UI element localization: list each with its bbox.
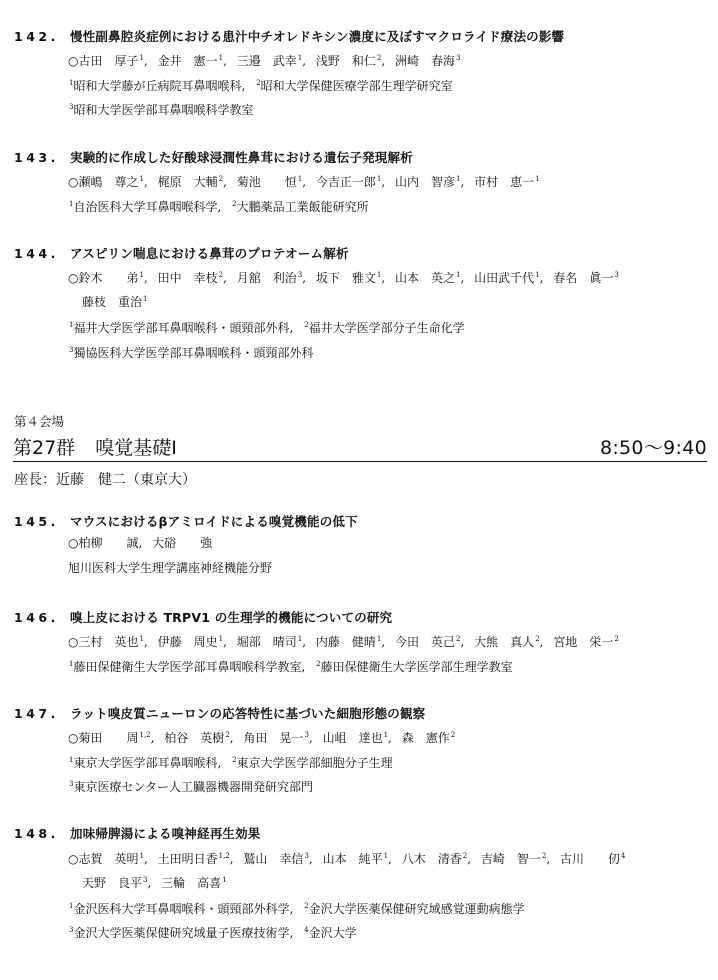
affiliation: 2昭和大学保健医療学部生理学研究室 [255, 79, 452, 93]
author: 三輪 高喜1 [161, 876, 226, 890]
session-chair: 座長：近藤 健二（東京大） [14, 469, 196, 489]
affiliation: 2大鵬薬品工業飯能研究所 [231, 200, 368, 214]
author: ○志賀 英明1 [68, 852, 144, 866]
abstract-title-row: 142. 慢性副鼻腔炎症例における患汁中チオレドキシン濃度に及ぼすマクロライド療… [14, 27, 564, 47]
author: 月舘 利治3 [237, 271, 302, 285]
affiliation-line: 1昭和大学藤が丘病院耳鼻咽喉科, 2昭和大学保健医療学部生理学研究室 [68, 73, 453, 93]
affiliation-line: 1福井大学医学部耳鼻咽喉科・頭頸部外科, 2福井大学医学部分子生命化学 [68, 315, 465, 335]
author-line: ○柏柳 誠, 大硲 強 [68, 533, 212, 553]
affiliation: 2藤田保健衛生大学医学部生理学教室 [315, 660, 512, 674]
program-page: 142. 慢性副鼻腔炎症例における患汁中チオレドキシン濃度に及ぼすマクロライド療… [0, 0, 718, 980]
affiliation: 1藤田保健衛生大学医学部耳鼻咽喉科学教室 [68, 660, 301, 674]
abstract-title-row: 143. 実験的に作成した好酸球浸潤性鼻茸における遺伝子発現解析 [14, 148, 413, 168]
abstract-title: 加味帰脾湯による嗅神経再生効果 [70, 824, 261, 842]
abstract-number: 144. [14, 246, 70, 261]
author: 洲崎 春海3 [395, 54, 460, 68]
author: 内藤 健晴1 [316, 635, 381, 649]
abstract-number: 146. [14, 610, 70, 625]
affiliation-line: 1東京大学医学部耳鼻咽喉科, 2東京大学医学部細胞分子生理 [68, 750, 393, 770]
author: ○瀬嶋 尊之1 [68, 175, 144, 189]
abstract-title: ラット嗅皮質ニューロンの応答特性に基づいた細胞形態の観察 [70, 704, 425, 722]
session-group: 第27群 [13, 437, 75, 459]
author: 大硲 強 [152, 536, 212, 550]
author: 森 憲作2 [402, 731, 455, 745]
author: 吉崎 智一2 [481, 852, 546, 866]
author: 宮地 栄一2 [553, 635, 618, 649]
author: 今吉正一郎1 [316, 175, 381, 189]
author-line: ○三村 英也1, 伊藤 周史1, 堀部 晴司1, 内藤 健晴1, 今田 英己2,… [68, 629, 619, 649]
abstract-title: 慢性副鼻腔炎症例における患汁中チオレドキシン濃度に及ぼすマクロライド療法の影響 [70, 27, 564, 45]
affiliation-line: 旭川医科大学生理学講座神経機能分野 [68, 558, 272, 578]
author: ○古田 厚子1 [68, 54, 144, 68]
affiliation: 1金沢医科大学耳鼻咽喉科・頭頸部外科学 [68, 902, 289, 916]
author: 山内 智彦1 [395, 175, 460, 189]
author-line: ○志賀 英明1, 土田明日香1,2, 鷲山 幸信3, 山本 純平1, 八木 清香… [68, 846, 625, 866]
abstract-number: 143. [14, 150, 70, 165]
author-line: 天野 良平3, 三輪 高喜1 [82, 870, 227, 890]
author: ○三村 英也1 [68, 635, 144, 649]
affiliation: 1東京大学医学部耳鼻咽喉科 [68, 756, 217, 770]
abstract-title-row: 147. ラット嗅皮質ニューロンの応答特性に基づいた細胞形態の観察 [14, 704, 425, 724]
author: 春名 眞一3 [553, 271, 618, 285]
author: 田中 幸枝2 [158, 271, 223, 285]
affiliation: 旭川医科大学生理学講座神経機能分野 [68, 561, 272, 575]
author: ○菊田 周1,2 [68, 731, 151, 745]
affiliation: 3金沢大学医薬保健研究域量子医療技術学 [68, 926, 289, 940]
abstract-title: アスピリン喘息における鼻茸のプロテオーム解析 [70, 244, 349, 262]
author: 今田 英己2 [395, 635, 460, 649]
author: 浅野 和仁2 [316, 54, 381, 68]
hall-label: 第４会場 [14, 412, 64, 430]
author: 堀部 晴司1 [237, 635, 302, 649]
affiliation-line: 1自治医科大学耳鼻咽喉科学, 2大鵬薬品工業飯能研究所 [68, 194, 369, 214]
author-line: ○菊田 周1,2, 柏谷 英樹2, 角田 晃一3, 山岨 達也1, 森 憲作2 [68, 725, 455, 745]
abstract-title: 嗅上皮における TRPV1 の生理学的機能についての研究 [70, 608, 392, 626]
affiliation: 1福井大学医学部耳鼻咽喉科・頭頸部外科 [68, 321, 289, 335]
author: ○柏柳 誠 [68, 536, 138, 550]
author: 山岨 達也1 [323, 731, 388, 745]
abstract-title: 実験的に作成した好酸球浸潤性鼻茸における遺伝子発現解析 [70, 148, 413, 166]
author: 天野 良平3 [82, 876, 147, 890]
abstract-title-row: 146. 嗅上皮における TRPV1 の生理学的機能についての研究 [14, 608, 392, 628]
author: 坂下 雅文1 [316, 271, 381, 285]
affiliation: 4金沢大学 [303, 926, 356, 940]
affiliation-line: 1藤田保健衛生大学医学部耳鼻咽喉科学教室, 2藤田保健衛生大学医学部生理学教室 [68, 654, 513, 674]
author: 柏谷 英樹2 [164, 731, 229, 745]
session-header: 第27群嗅覚基礎Ⅰ 8:50〜9:40 [13, 436, 707, 462]
abstract-number: 142. [14, 29, 70, 44]
affiliation: 3獨協医科大学医学部耳鼻咽喉科・頭頸部外科 [68, 346, 313, 360]
abstract-number: 148. [14, 826, 70, 841]
abstract-number: 145. [14, 514, 70, 529]
affiliation: 3昭和大学医学部耳鼻咽喉科学教室 [68, 103, 253, 117]
author: 山田武千代1 [474, 271, 539, 285]
author: 山本 純平1 [323, 852, 388, 866]
abstract-title: マウスにおけるβアミロイドによる嗅覚機能の低下 [70, 512, 358, 530]
author: 金井 憲一1 [158, 54, 223, 68]
affiliation: 2福井大学医学部分子生命化学 [303, 321, 464, 335]
affiliation-line: 3東京医療センター人工臓器機器開発研究部門 [68, 774, 313, 794]
abstract-title-row: 144. アスピリン喘息における鼻茸のプロテオーム解析 [14, 244, 349, 264]
author-line: ○瀬嶋 尊之1, 梶原 大輔2, 菊池 恒1, 今吉正一郎1, 山内 智彦1, … [68, 169, 540, 189]
author: 三邉 武幸1 [237, 54, 302, 68]
affiliation-line: 3昭和大学医学部耳鼻咽喉科学教室 [68, 97, 253, 117]
author: 鷲山 幸信3 [243, 852, 308, 866]
author: 市村 恵一1 [474, 175, 539, 189]
author-line: ○古田 厚子1, 金井 憲一1, 三邉 武幸1, 浅野 和仁2, 洲崎 春海3 [68, 48, 461, 68]
affiliation-line: 3獨協医科大学医学部耳鼻咽喉科・頭頸部外科 [68, 340, 313, 360]
author: 角田 晃一3 [243, 731, 308, 745]
author: 八木 清香2 [402, 852, 467, 866]
abstract-title-row: 148. 加味帰脾湯による嗅神経再生効果 [14, 824, 261, 844]
affiliation: 2東京大学医学部細胞分子生理 [231, 756, 392, 770]
affiliation: 1昭和大学藤が丘病院耳鼻咽喉科 [68, 79, 241, 93]
abstract-number: 147. [14, 706, 70, 721]
author: 藤枝 重治1 [82, 295, 147, 309]
affiliation: 3東京医療センター人工臓器機器開発研究部門 [68, 780, 313, 794]
author: 菊池 恒1 [237, 175, 302, 189]
affiliation: 1自治医科大学耳鼻咽喉科学 [68, 200, 217, 214]
author: 古川 仞4 [560, 852, 625, 866]
affiliation-line: 1金沢医科大学耳鼻咽喉科・頭頸部外科学, 2金沢大学医薬保健研究域感覚運動病態学 [68, 896, 525, 916]
author: 土田明日香1,2 [158, 852, 230, 866]
session-name: 嗅覚基礎Ⅰ [95, 437, 177, 459]
author-line: ○鈴木 弟1, 田中 幸枝2, 月舘 利治3, 坂下 雅文1, 山本 英之1, … [68, 265, 619, 285]
author: 伊藤 周史1 [158, 635, 223, 649]
session-time: 8:50〜9:40 [600, 433, 707, 460]
affiliation: 2金沢大学医薬保健研究域感覚運動病態学 [303, 902, 524, 916]
abstract-title-row: 145. マウスにおけるβアミロイドによる嗅覚機能の低下 [14, 512, 358, 532]
author: ○鈴木 弟1 [68, 271, 144, 285]
author: 山本 英之1 [395, 271, 460, 285]
affiliation-line: 3金沢大学医薬保健研究域量子医療技術学, 4金沢大学 [68, 920, 357, 940]
author: 梶原 大輔2 [158, 175, 223, 189]
author: 大熊 真人2 [474, 635, 539, 649]
author-line: 藤枝 重治1 [82, 289, 147, 309]
session-title: 第27群嗅覚基礎Ⅰ [13, 433, 177, 460]
